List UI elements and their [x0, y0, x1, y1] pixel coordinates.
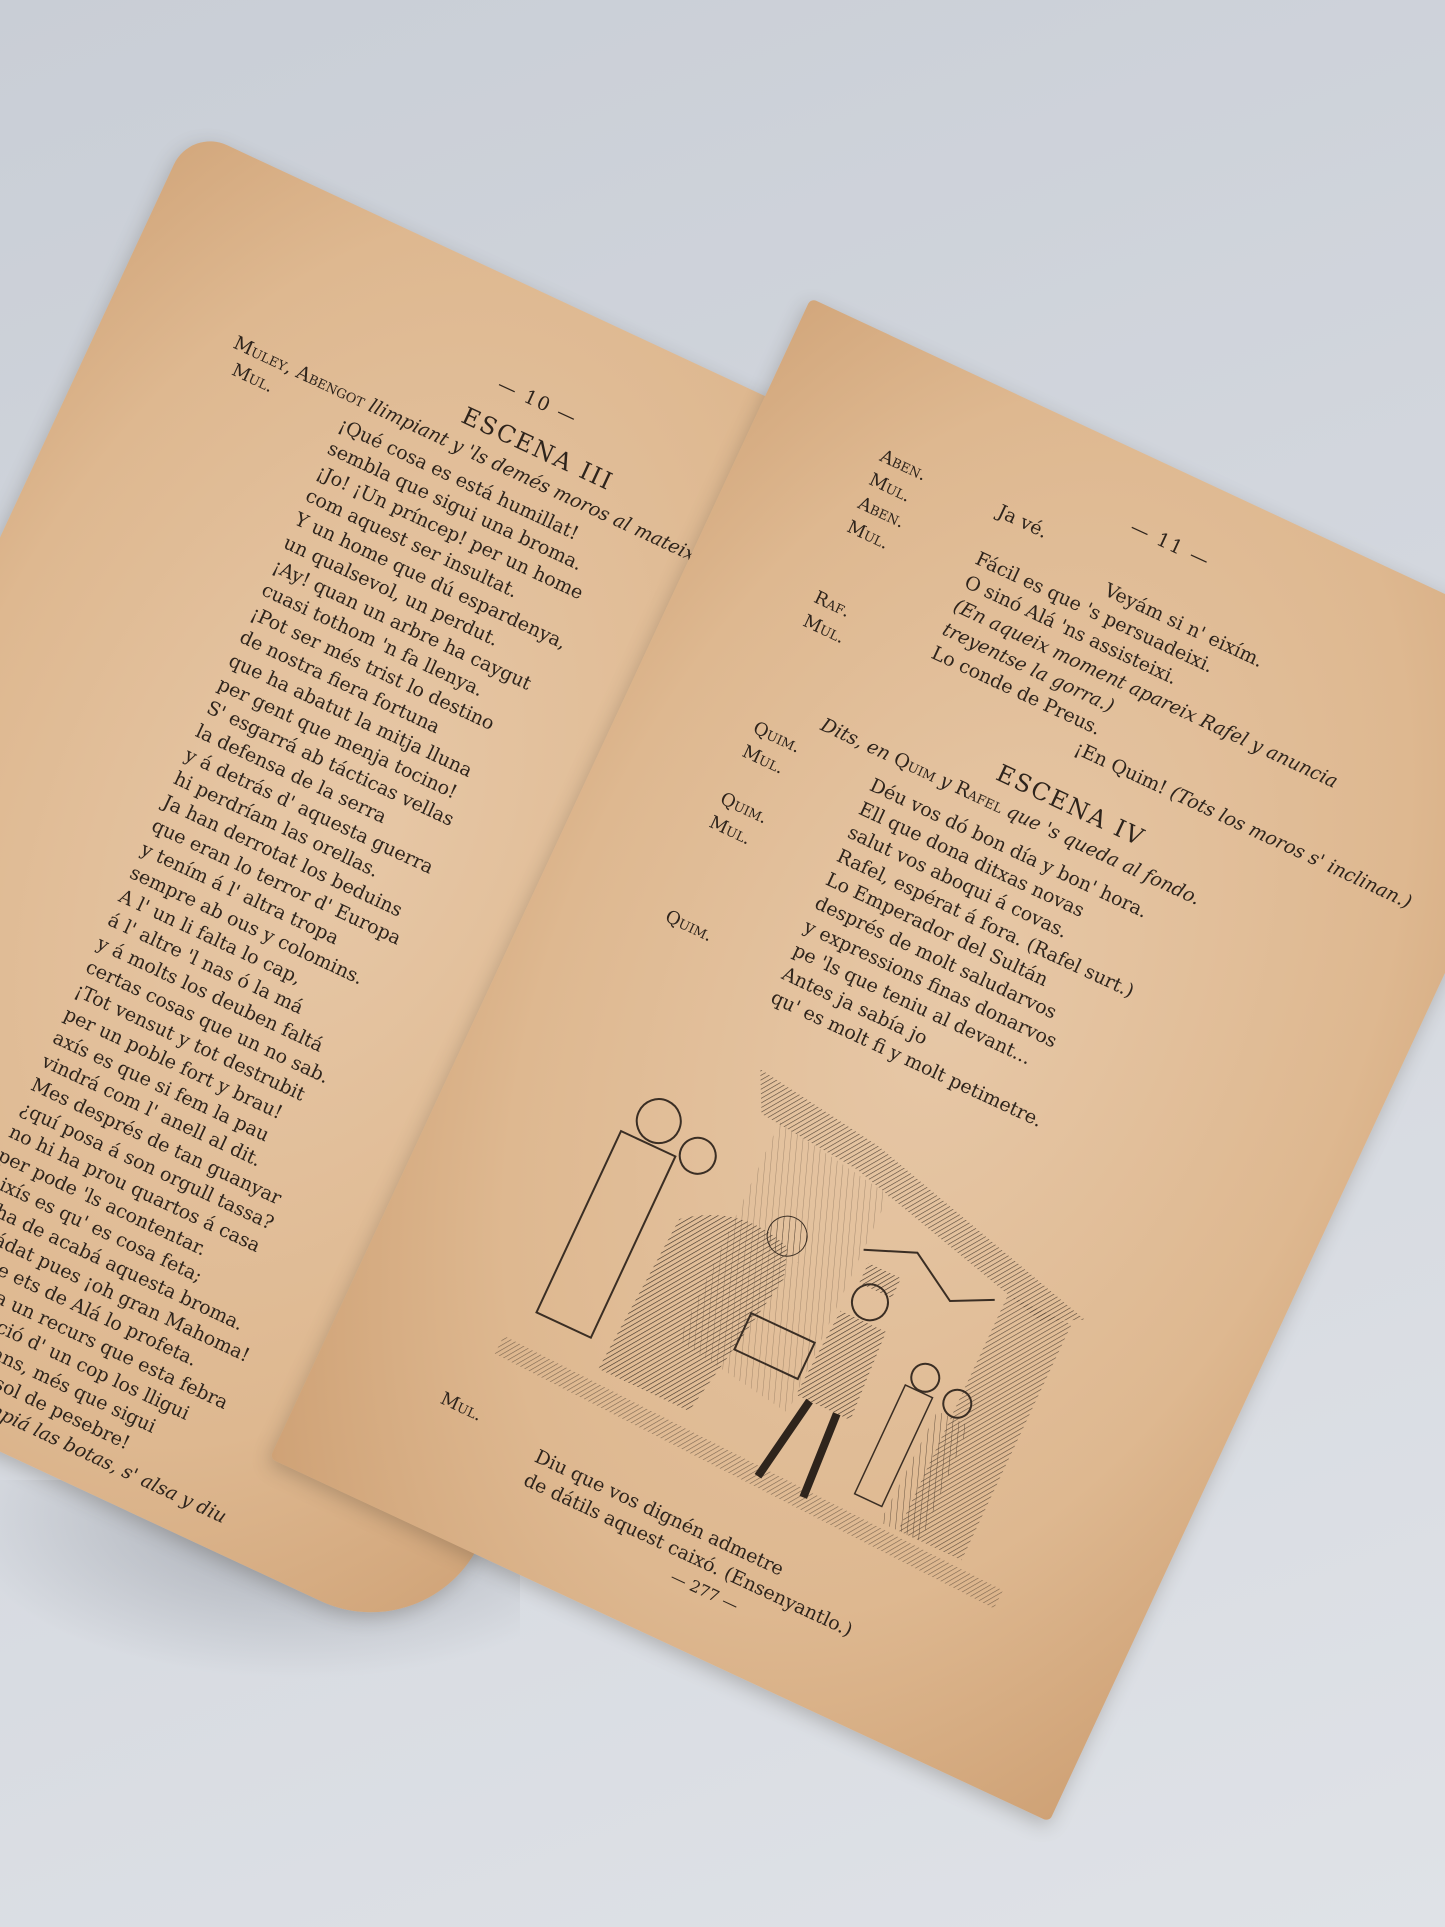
speaker-label: Mul.	[437, 1388, 486, 1426]
cast-mid: y	[936, 769, 955, 793]
